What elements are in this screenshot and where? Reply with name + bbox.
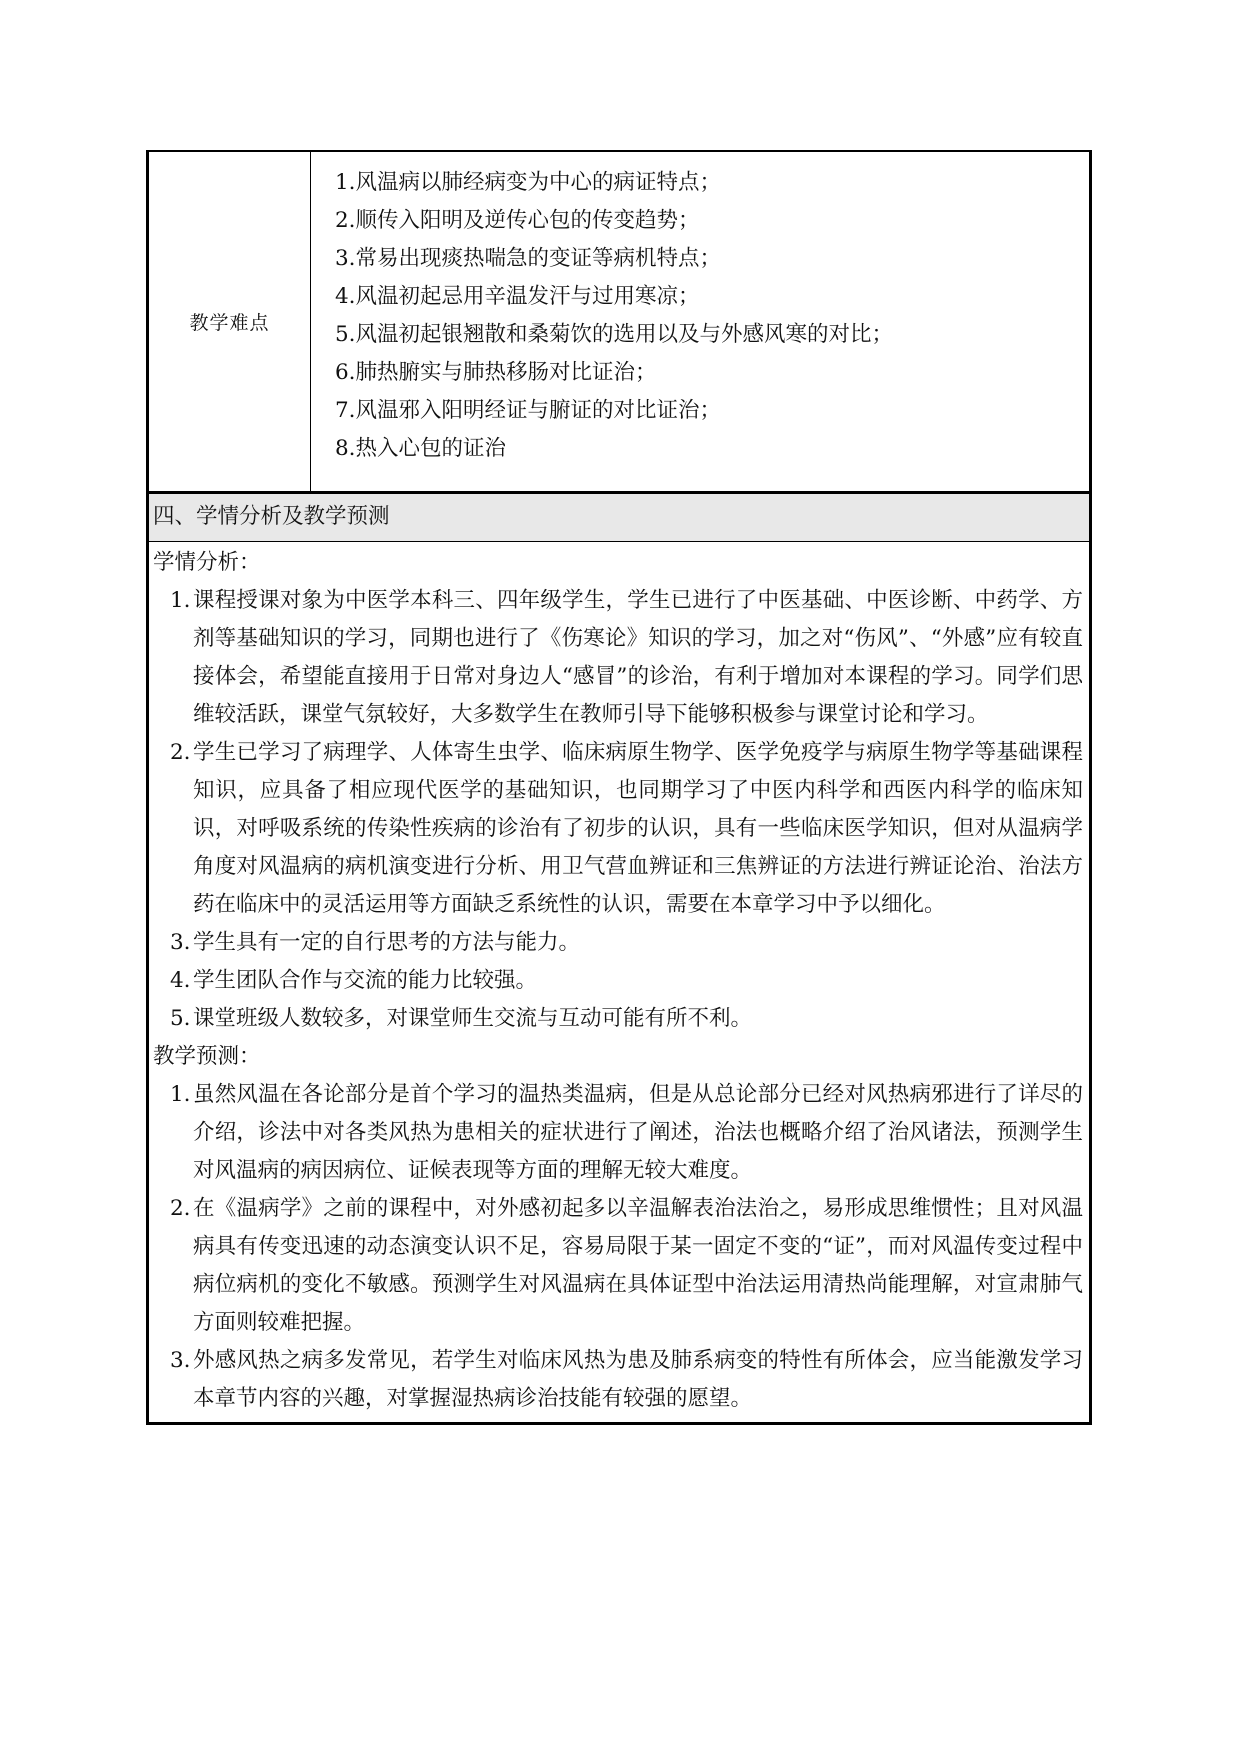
analysis-item: 2. 学生已学习了病理学、人体寄生虫学、临床病原生物学、医学免疫学与病原生物学等…	[153, 734, 1083, 924]
prediction-item: 2. 在《温病学》之前的课程中，对外感初起多以辛温解表治法治之，易形成思维惯性；…	[153, 1190, 1083, 1342]
item-text: 课堂班级人数较多，对课堂师生交流与互动可能有所不利。	[193, 1006, 752, 1031]
analysis-item: 1. 课程授课对象为中医学本科三、四年级学生，学生已进行了中医基础、中医诊断、中…	[153, 582, 1083, 734]
item-text: 学生已学习了病理学、人体寄生虫学、临床病原生物学、医学免疫学与病原生物学等基础课…	[193, 740, 1083, 917]
prediction-item: 1. 虽然风温在各论部分是首个学习的温热类温病，但是从总论部分已经对风热病邪进行…	[153, 1076, 1083, 1190]
lesson-plan-table: 教学难点 1.风温病以肺经病变为中心的病证特点； 2.顺传入阳明及逆传心包的传变…	[146, 150, 1092, 1425]
difficulty-item: 6.肺热腑实与肺热移肠对比证治；	[335, 354, 1089, 392]
difficulty-item: 2.顺传入阳明及逆传心包的传变趋势；	[335, 202, 1089, 240]
analysis-item: 4. 学生团队合作与交流的能力比较强。	[153, 962, 1083, 1000]
item-text: 学生具有一定的自行思考的方法与能力。	[193, 930, 580, 955]
teaching-difficulty-row: 教学难点 1.风温病以肺经病变为中心的病证特点； 2.顺传入阳明及逆传心包的传变…	[149, 152, 1089, 494]
item-text: 在《温病学》之前的课程中，对外感初起多以辛温解表治法治之，易形成思维惯性；且对风…	[193, 1196, 1083, 1335]
item-number: 4.	[170, 962, 191, 1000]
item-number: 2.	[170, 1190, 191, 1228]
item-text: 外感风热之病多发常见，若学生对临床风热为患及肺系病变的特性有所体会，应当能激发学…	[193, 1348, 1083, 1411]
item-number: 1.	[170, 582, 191, 620]
difficulty-item: 3.常易出现痰热喘急的变证等病机特点；	[335, 240, 1089, 278]
difficulty-item: 8.热入心包的证治	[335, 430, 1089, 468]
item-number: 3.	[170, 924, 191, 962]
difficulty-item: 7.风温邪入阳明经证与腑证的对比证治；	[335, 392, 1089, 430]
item-text: 虽然风温在各论部分是首个学习的温热类温病，但是从总论部分已经对风热病邪进行了详尽…	[193, 1082, 1083, 1183]
teaching-prediction-title: 教学预测：	[153, 1038, 1083, 1076]
prediction-item: 3. 外感风热之病多发常见，若学生对临床风热为患及肺系病变的特性有所体会，应当能…	[153, 1342, 1083, 1418]
student-analysis-title: 学情分析：	[153, 544, 1083, 582]
difficulty-item: 1.风温病以肺经病变为中心的病证特点；	[335, 164, 1089, 202]
item-text: 学生团队合作与交流的能力比较强。	[193, 968, 537, 993]
analysis-item: 5. 课堂班级人数较多，对课堂师生交流与互动可能有所不利。	[153, 1000, 1083, 1038]
teaching-difficulty-label: 教学难点	[149, 152, 311, 491]
analysis-item: 3. 学生具有一定的自行思考的方法与能力。	[153, 924, 1083, 962]
difficulty-item: 5.风温初起银翘散和桑菊饮的选用以及与外感风寒的对比；	[335, 316, 1089, 354]
item-number: 3.	[170, 1342, 191, 1380]
item-number: 5.	[170, 1000, 191, 1038]
teaching-difficulty-list: 1.风温病以肺经病变为中心的病证特点； 2.顺传入阳明及逆传心包的传变趋势； 3…	[311, 152, 1089, 491]
item-number: 1.	[170, 1076, 191, 1114]
section-header: 四、学情分析及教学预测	[149, 494, 1089, 542]
section-body: 学情分析： 1. 课程授课对象为中医学本科三、四年级学生，学生已进行了中医基础、…	[149, 542, 1089, 1422]
difficulty-item: 4.风温初起忌用辛温发汗与过用寒凉；	[335, 278, 1089, 316]
item-text: 课程授课对象为中医学本科三、四年级学生，学生已进行了中医基础、中医诊断、中药学、…	[193, 588, 1083, 727]
item-number: 2.	[170, 734, 191, 772]
